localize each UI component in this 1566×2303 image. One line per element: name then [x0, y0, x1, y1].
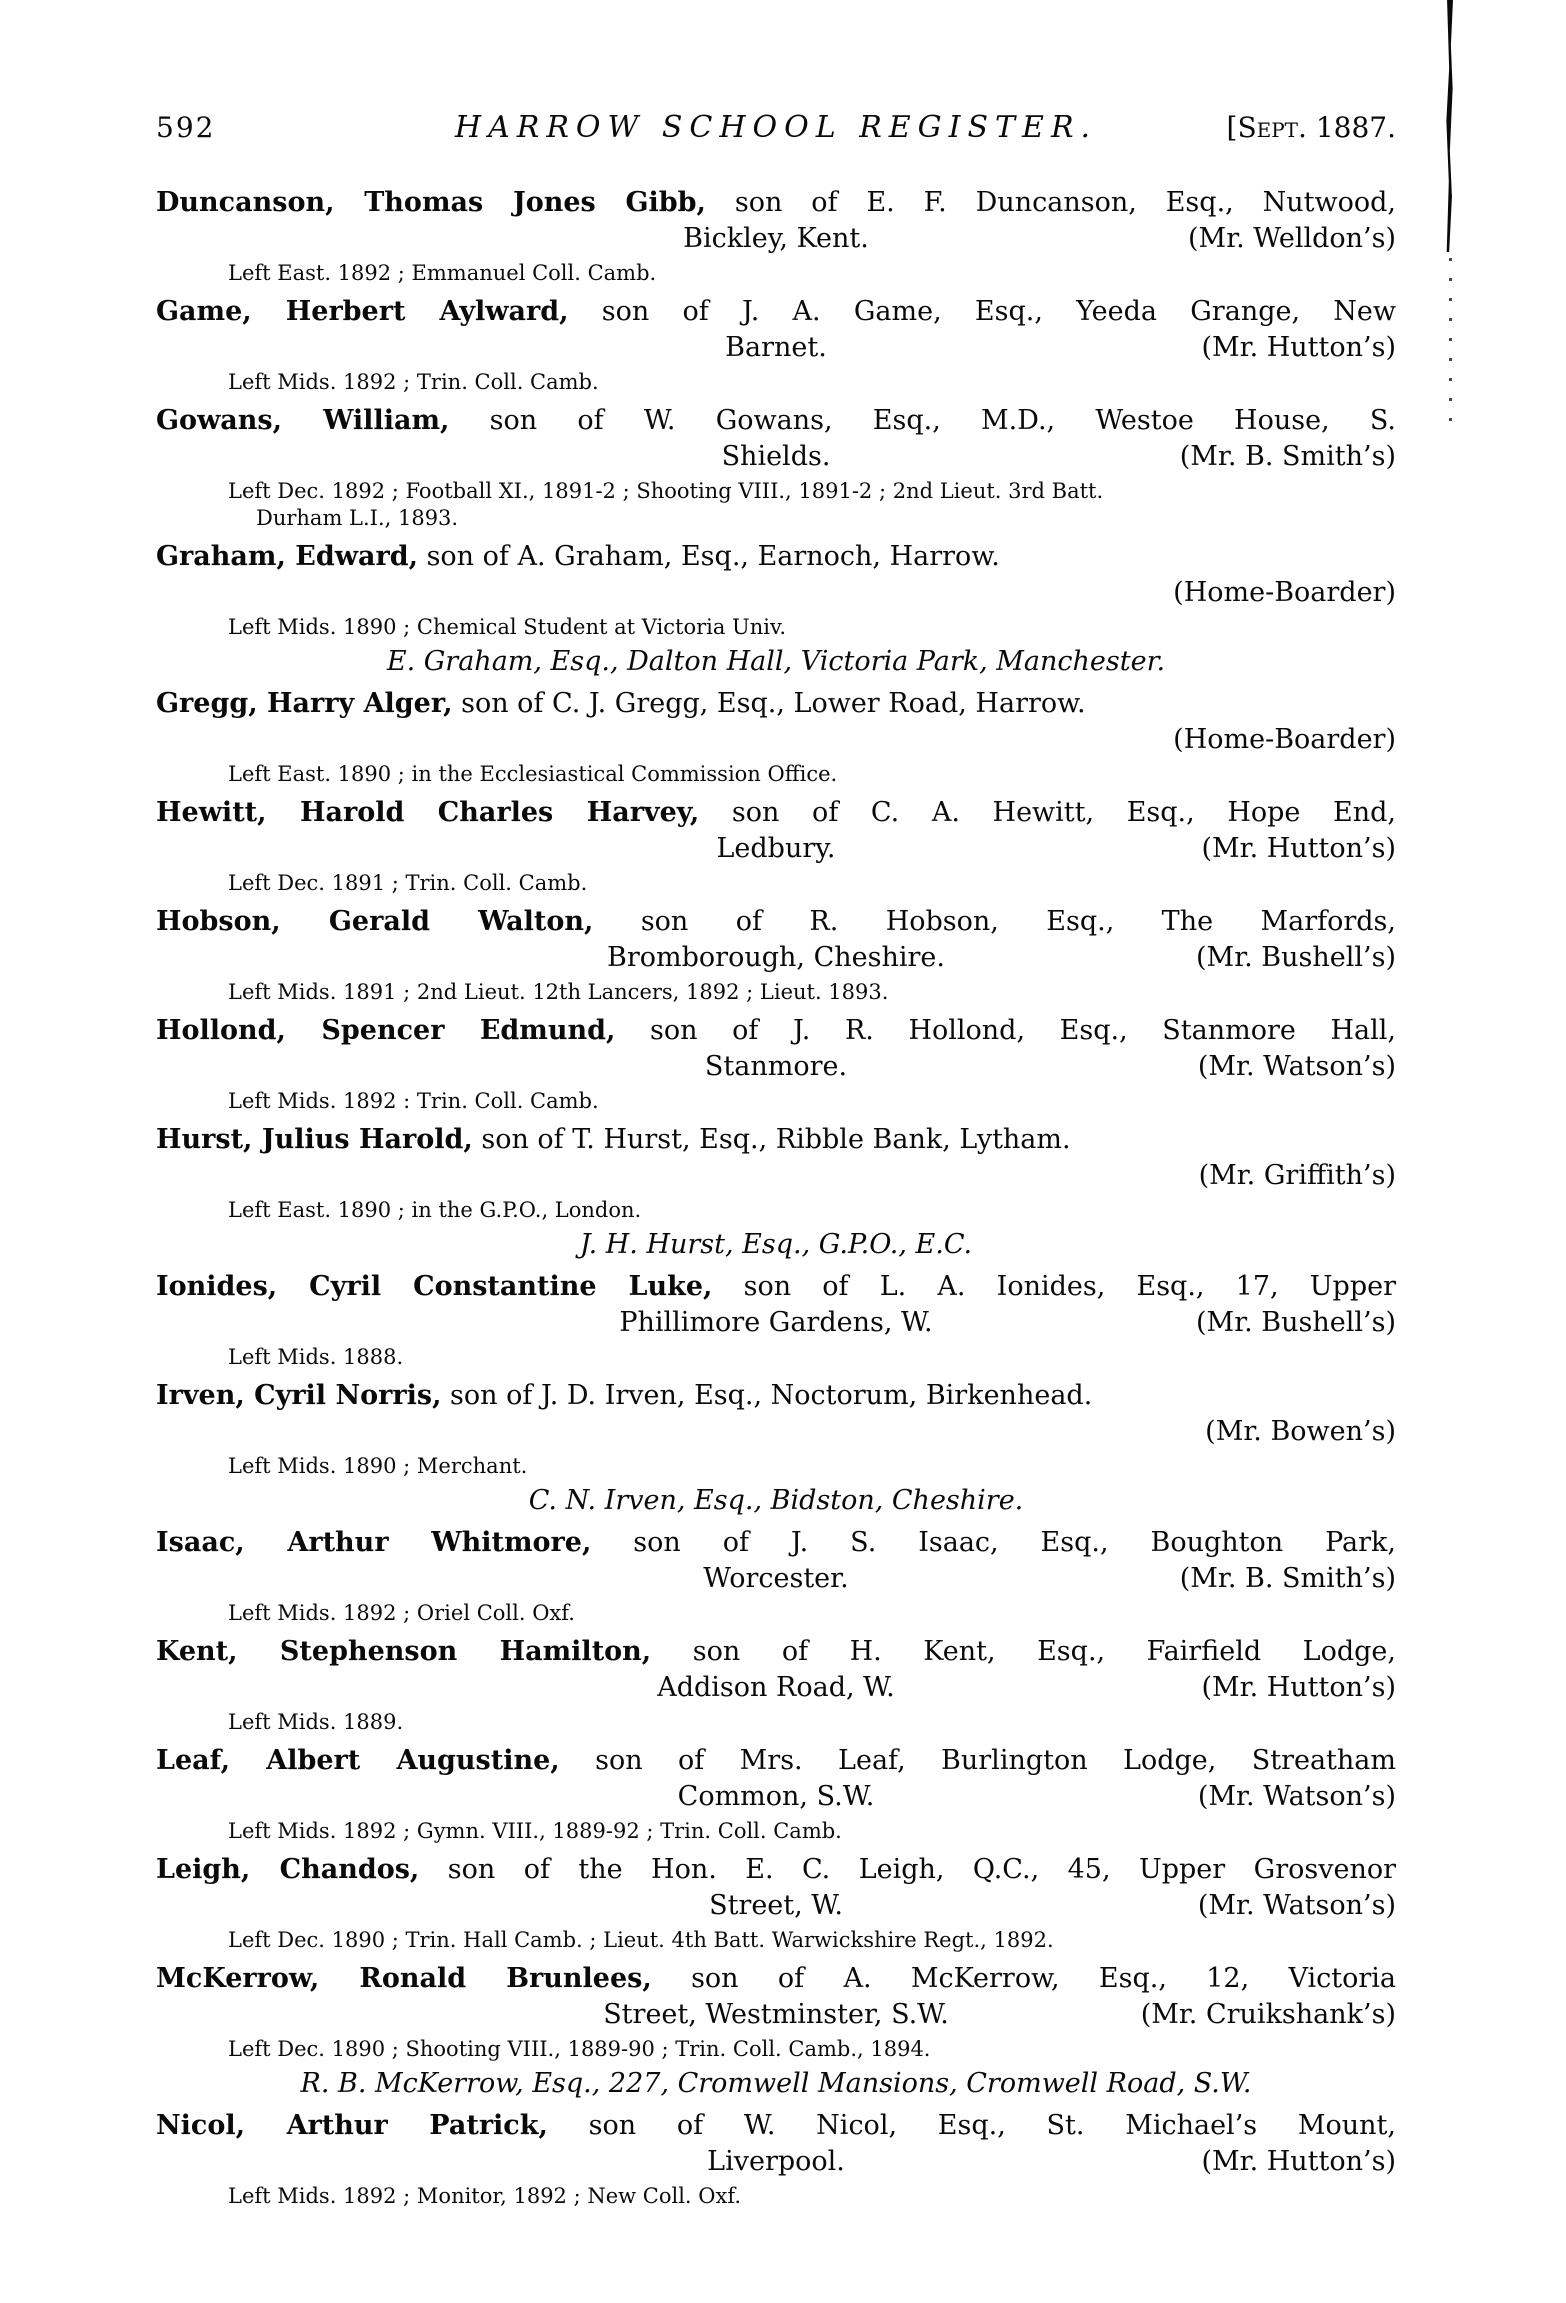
entry-rest: son of W. Gowans, Esq., M.D., Westoe Hou…	[449, 405, 1396, 436]
house-label: (Mr. Bushell’s)	[1196, 1305, 1396, 1341]
register-entry: Ionides, Cyril Constantine Luke, son of …	[156, 1269, 1396, 1371]
entry-continuation: Shields.	[722, 441, 831, 472]
entry-notes: Left Mids. 1892 : Trin. Coll. Camb.	[228, 1088, 1396, 1115]
entry-continuation: Addison Road, W.	[657, 1672, 895, 1703]
note-line: Left Mids. 1892 : Trin. Coll. Camb.	[228, 1088, 1396, 1115]
entry-second-line: Barnet.(Mr. Hutton’s)	[156, 330, 1396, 366]
house-label: (Mr. Cruikshank’s)	[1141, 1997, 1396, 2033]
register-entry: Nicol, Arthur Patrick, son of W. Nicol, …	[156, 2108, 1396, 2210]
note-line: Left East. 1892 ; Emmanuel Coll. Camb.	[228, 260, 1396, 287]
entry-first-line: Hurst, Julius Harold, son of T. Hurst, E…	[156, 1122, 1396, 1158]
pupil-name: Duncanson, Thomas Jones Gibb,	[156, 187, 706, 218]
entry-rest: son of J. R. Hollond, Esq., Stanmore Hal…	[615, 1015, 1396, 1046]
house-label: (Mr. B. Smith’s)	[1180, 439, 1396, 475]
note-line: Left Dec. 1892 ; Football XI., 1891-2 ; …	[228, 478, 1396, 505]
entry-second-line: Common, S.W.(Mr. Watson’s)	[156, 1779, 1396, 1815]
entry-first-line: Kent, Stephenson Hamilton, son of H. Ken…	[156, 1634, 1396, 1670]
page-date: [Sept. 1887.	[1227, 111, 1397, 144]
entry-notes: Left Mids. 1892 ; Gymn. VIII., 1889-92 ;…	[228, 1818, 1396, 1845]
pupil-name: Gregg, Harry Alger,	[156, 688, 453, 719]
entry-continuation: Worcester.	[703, 1563, 848, 1594]
entry-rest: son of C. J. Gregg, Esq., Lower Road, Ha…	[453, 688, 1086, 719]
register-entry: Gregg, Harry Alger, son of C. J. Gregg, …	[156, 686, 1396, 788]
note-line: Left Mids. 1890 ; Chemical Student at Vi…	[228, 614, 1396, 641]
register-entry: Kent, Stephenson Hamilton, son of H. Ken…	[156, 1634, 1396, 1736]
entry-continuation: Phillimore Gardens, W.	[619, 1307, 932, 1338]
entry-second-line: Worcester.(Mr. B. Smith’s)	[156, 1561, 1396, 1597]
house-label: (Mr. Watson’s)	[1198, 1779, 1396, 1815]
house-label: (Home-Boarder)	[1173, 722, 1396, 758]
entry-notes: Left Dec. 1890 ; Trin. Hall Camb. ; Lieu…	[228, 1927, 1396, 1954]
note-line: Left Mids. 1890 ; Merchant.	[228, 1453, 1396, 1480]
pupil-name: Hewitt, Harold Charles Harvey,	[156, 797, 699, 828]
pupil-name: Irven, Cyril Norris,	[156, 1380, 441, 1411]
entry-rest: son of the Hon. E. C. Leigh, Q.C., 45, U…	[419, 1854, 1396, 1885]
pupil-name: Graham, Edward,	[156, 541, 418, 572]
pupil-name: Kent, Stephenson Hamilton,	[156, 1636, 651, 1667]
entry-second-line: Stanmore.(Mr. Watson’s)	[156, 1049, 1396, 1085]
entry-first-line: Gowans, William, son of W. Gowans, Esq.,…	[156, 403, 1396, 439]
house-label: (Mr. Hutton’s)	[1201, 831, 1396, 867]
page-content: 592 HARROW SCHOOL REGISTER. [Sept. 1887.…	[156, 110, 1396, 2217]
note-line: Left Dec. 1891 ; Trin. Coll. Camb.	[228, 870, 1396, 897]
entry-notes: Left Dec. 1890 ; Shooting VIII., 1889-90…	[228, 2036, 1396, 2063]
entry-first-line: Hobson, Gerald Walton, son of R. Hobson,…	[156, 904, 1396, 940]
date-month: Sept.	[1237, 111, 1306, 144]
entry-notes: Left East. 1892 ; Emmanuel Coll. Camb.	[228, 260, 1396, 287]
entry-first-line: Leaf, Albert Augustine, son of Mrs. Leaf…	[156, 1743, 1396, 1779]
entry-notes: Left Mids. 1890 ; Merchant.	[228, 1453, 1396, 1480]
house-label: (Mr. B. Smith’s)	[1180, 1561, 1396, 1597]
register-entry: Leigh, Chandos, son of the Hon. E. C. Le…	[156, 1852, 1396, 1954]
parent-address: J. H. Hurst, Esq., G.P.O., E.C.	[156, 1228, 1396, 1262]
entry-rest: son of J. S. Isaac, Esq., Boughton Park,	[591, 1527, 1396, 1558]
register-entry: Hewitt, Harold Charles Harvey, son of C.…	[156, 795, 1396, 897]
entry-rest: son of W. Nicol, Esq., St. Michael’s Mou…	[548, 2110, 1396, 2141]
pupil-name: McKerrow, Ronald Brunlees,	[156, 1963, 652, 1994]
pupil-name: Gowans, William,	[156, 405, 449, 436]
entry-continuation: Common, S.W.	[678, 1781, 875, 1812]
note-line: Left Dec. 1890 ; Shooting VIII., 1889-90…	[228, 2036, 1396, 2063]
house-label: (Mr. Bushell’s)	[1196, 940, 1396, 976]
entry-rest: son of L. A. Ionides, Esq., 17, Upper	[712, 1271, 1396, 1302]
date-bracket: [	[1227, 111, 1238, 144]
entry-rest: son of A. Graham, Esq., Earnoch, Harrow.	[418, 541, 1000, 572]
entry-continuation: Stanmore.	[705, 1051, 847, 1082]
house-label: (Mr. Hutton’s)	[1201, 330, 1396, 366]
note-line: Left Dec. 1890 ; Trin. Hall Camb. ; Lieu…	[228, 1927, 1396, 1954]
entry-second-line: Ledbury.(Mr. Hutton’s)	[156, 831, 1396, 867]
entry-notes: Left Mids. 1891 ; 2nd Lieut. 12th Lancer…	[228, 979, 1396, 1006]
note-line: Left East. 1890 ; in the Ecclesiastical …	[228, 761, 1396, 788]
entry-second-line: Phillimore Gardens, W.(Mr. Bushell’s)	[156, 1305, 1396, 1341]
entry-rest: son of T. Hurst, Esq., Ribble Bank, Lyth…	[473, 1124, 1071, 1155]
entry-second-line: Shields.(Mr. B. Smith’s)	[156, 439, 1396, 475]
register-entry: Duncanson, Thomas Jones Gibb, son of E. …	[156, 185, 1396, 287]
entry-second-line: Addison Road, W.(Mr. Hutton’s)	[156, 1670, 1396, 1706]
page-header: 592 HARROW SCHOOL REGISTER. [Sept. 1887.	[156, 110, 1396, 145]
pupil-name: Ionides, Cyril Constantine Luke,	[156, 1271, 712, 1302]
note-line: Left Mids. 1891 ; 2nd Lieut. 12th Lancer…	[228, 979, 1396, 1006]
entry-second-line: (Home-Boarder)	[156, 575, 1396, 611]
pupil-name: Leigh, Chandos,	[156, 1854, 419, 1885]
pupil-name: Hollond, Spencer Edmund,	[156, 1015, 615, 1046]
entry-notes: Left Mids. 1892 ; Oriel Coll. Oxf.	[228, 1600, 1396, 1627]
parent-address: C. N. Irven, Esq., Bidston, Cheshire.	[156, 1484, 1396, 1518]
entry-continuation: Liverpool.	[707, 2146, 845, 2177]
entry-notes: Left Mids. 1889.	[228, 1709, 1396, 1736]
pupil-name: Leaf, Albert Augustine,	[156, 1745, 560, 1776]
house-label: (Mr. Griffith’s)	[1199, 1158, 1396, 1194]
entry-rest: son of E. F. Duncanson, Esq., Nutwood,	[706, 187, 1396, 218]
register-entry: Gowans, William, son of W. Gowans, Esq.,…	[156, 403, 1396, 532]
house-label: (Mr. Watson’s)	[1198, 1888, 1396, 1924]
entry-rest: son of J. D. Irven, Esq., Noctorum, Birk…	[441, 1380, 1092, 1411]
entry-notes: Left Dec. 1892 ; Football XI., 1891-2 ; …	[228, 478, 1396, 532]
entry-second-line: Bromborough, Cheshire.(Mr. Bushell’s)	[156, 940, 1396, 976]
entry-first-line: Hewitt, Harold Charles Harvey, son of C.…	[156, 795, 1396, 831]
entry-first-line: Hollond, Spencer Edmund, son of J. R. Ho…	[156, 1013, 1396, 1049]
note-line: Left Mids. 1892 ; Oriel Coll. Oxf.	[228, 1600, 1396, 1627]
entry-second-line: Street, Westminster, S.W.(Mr. Cruikshank…	[156, 1997, 1396, 2033]
parent-address: E. Graham, Esq., Dalton Hall, Victoria P…	[156, 645, 1396, 679]
house-label: (Mr. Watson’s)	[1198, 1049, 1396, 1085]
entry-notes: Left East. 1890 ; in the G.P.O., London.	[228, 1197, 1396, 1224]
entry-rest: son of Mrs. Leaf, Burlington Lodge, Stre…	[560, 1745, 1396, 1776]
register-entry: Leaf, Albert Augustine, son of Mrs. Leaf…	[156, 1743, 1396, 1845]
note-line: Durham L.I., 1893.	[256, 505, 1396, 532]
entry-rest: son of R. Hobson, Esq., The Marfords,	[593, 906, 1396, 937]
entry-continuation: Barnet.	[725, 332, 827, 363]
entry-first-line: Isaac, Arthur Whitmore, son of J. S. Isa…	[156, 1525, 1396, 1561]
house-label: (Mr. Bowen’s)	[1205, 1414, 1396, 1450]
pupil-name: Game, Herbert Aylward,	[156, 296, 569, 327]
entry-notes: Left Mids. 1890 ; Chemical Student at Vi…	[228, 614, 1396, 641]
entry-rest: son of H. Kent, Esq., Fairfield Lodge,	[651, 1636, 1396, 1667]
entry-notes: Left Dec. 1891 ; Trin. Coll. Camb.	[228, 870, 1396, 897]
house-label: (Mr. Hutton’s)	[1201, 1670, 1396, 1706]
entry-notes: Left East. 1890 ; in the Ecclesiastical …	[228, 761, 1396, 788]
entry-rest: son of A. McKerrow, Esq., 12, Victoria	[652, 1963, 1396, 1994]
entry-first-line: Leigh, Chandos, son of the Hon. E. C. Le…	[156, 1852, 1396, 1888]
entry-second-line: (Mr. Bowen’s)	[156, 1414, 1396, 1450]
register-entry: Hollond, Spencer Edmund, son of J. R. Ho…	[156, 1013, 1396, 1115]
register-page: 592 HARROW SCHOOL REGISTER. [Sept. 1887.…	[0, 0, 1566, 2303]
scan-artifact-dots	[1449, 258, 1452, 428]
page-title: HARROW SCHOOL REGISTER.	[455, 110, 1097, 145]
register-entry: Graham, Edward, son of A. Graham, Esq., …	[156, 539, 1396, 679]
pupil-name: Isaac, Arthur Whitmore,	[156, 1527, 591, 1558]
scan-artifact	[1446, 0, 1453, 252]
entry-first-line: Ionides, Cyril Constantine Luke, son of …	[156, 1269, 1396, 1305]
pupil-name: Hurst, Julius Harold,	[156, 1124, 473, 1155]
entry-notes: Left Mids. 1892 ; Trin. Coll. Camb.	[228, 369, 1396, 396]
house-label: (Mr. Hutton’s)	[1201, 2144, 1396, 2180]
register-entry: Irven, Cyril Norris, son of J. D. Irven,…	[156, 1378, 1396, 1518]
entry-notes: Left Mids. 1888.	[228, 1344, 1396, 1371]
pupil-name: Hobson, Gerald Walton,	[156, 906, 593, 937]
entry-continuation: Bromborough, Cheshire.	[607, 942, 945, 973]
entry-notes: Left Mids. 1892 ; Monitor, 1892 ; New Co…	[228, 2183, 1396, 2210]
entry-second-line: (Mr. Griffith’s)	[156, 1158, 1396, 1194]
entry-first-line: Irven, Cyril Norris, son of J. D. Irven,…	[156, 1378, 1396, 1414]
note-line: Left Mids. 1892 ; Trin. Coll. Camb.	[228, 369, 1396, 396]
entry-continuation: Street, W.	[709, 1890, 843, 1921]
parent-address: R. B. McKerrow, Esq., 227, Cromwell Mans…	[156, 2067, 1396, 2101]
entry-first-line: Graham, Edward, son of A. Graham, Esq., …	[156, 539, 1396, 575]
register-entry: Hobson, Gerald Walton, son of R. Hobson,…	[156, 904, 1396, 1006]
note-line: Left Mids. 1892 ; Gymn. VIII., 1889-92 ;…	[228, 1818, 1396, 1845]
entry-first-line: Nicol, Arthur Patrick, son of W. Nicol, …	[156, 2108, 1396, 2144]
date-year: 1887.	[1316, 111, 1396, 144]
entry-first-line: McKerrow, Ronald Brunlees, son of A. McK…	[156, 1961, 1396, 1997]
register-entry: McKerrow, Ronald Brunlees, son of A. McK…	[156, 1961, 1396, 2101]
note-line: Left East. 1890 ; in the G.P.O., London.	[228, 1197, 1396, 1224]
note-line: Left Mids. 1892 ; Monitor, 1892 ; New Co…	[228, 2183, 1396, 2210]
register-entry: Game, Herbert Aylward, son of J. A. Game…	[156, 294, 1396, 396]
entry-first-line: Duncanson, Thomas Jones Gibb, son of E. …	[156, 185, 1396, 221]
house-label: (Home-Boarder)	[1173, 575, 1396, 611]
note-line: Left Mids. 1888.	[228, 1344, 1396, 1371]
entry-second-line: (Home-Boarder)	[156, 722, 1396, 758]
entry-first-line: Game, Herbert Aylward, son of J. A. Game…	[156, 294, 1396, 330]
entry-second-line: Liverpool.(Mr. Hutton’s)	[156, 2144, 1396, 2180]
register-entry: Hurst, Julius Harold, son of T. Hurst, E…	[156, 1122, 1396, 1262]
note-line: Left Mids. 1889.	[228, 1709, 1396, 1736]
entry-continuation: Street, Westminster, S.W.	[603, 1999, 949, 2030]
house-label: (Mr. Welldon’s)	[1188, 221, 1396, 257]
entry-continuation: Bickley, Kent.	[683, 223, 869, 254]
pupil-name: Nicol, Arthur Patrick,	[156, 2110, 548, 2141]
entry-rest: son of C. A. Hewitt, Esq., Hope End,	[699, 797, 1396, 828]
entries-list: Duncanson, Thomas Jones Gibb, son of E. …	[156, 185, 1396, 2210]
page-number: 592	[156, 111, 215, 144]
entry-second-line: Street, W.(Mr. Watson’s)	[156, 1888, 1396, 1924]
register-entry: Isaac, Arthur Whitmore, son of J. S. Isa…	[156, 1525, 1396, 1627]
entry-first-line: Gregg, Harry Alger, son of C. J. Gregg, …	[156, 686, 1396, 722]
entry-continuation: Ledbury.	[716, 833, 835, 864]
entry-rest: son of J. A. Game, Esq., Yeeda Grange, N…	[569, 296, 1396, 327]
entry-second-line: Bickley, Kent.(Mr. Welldon’s)	[156, 221, 1396, 257]
